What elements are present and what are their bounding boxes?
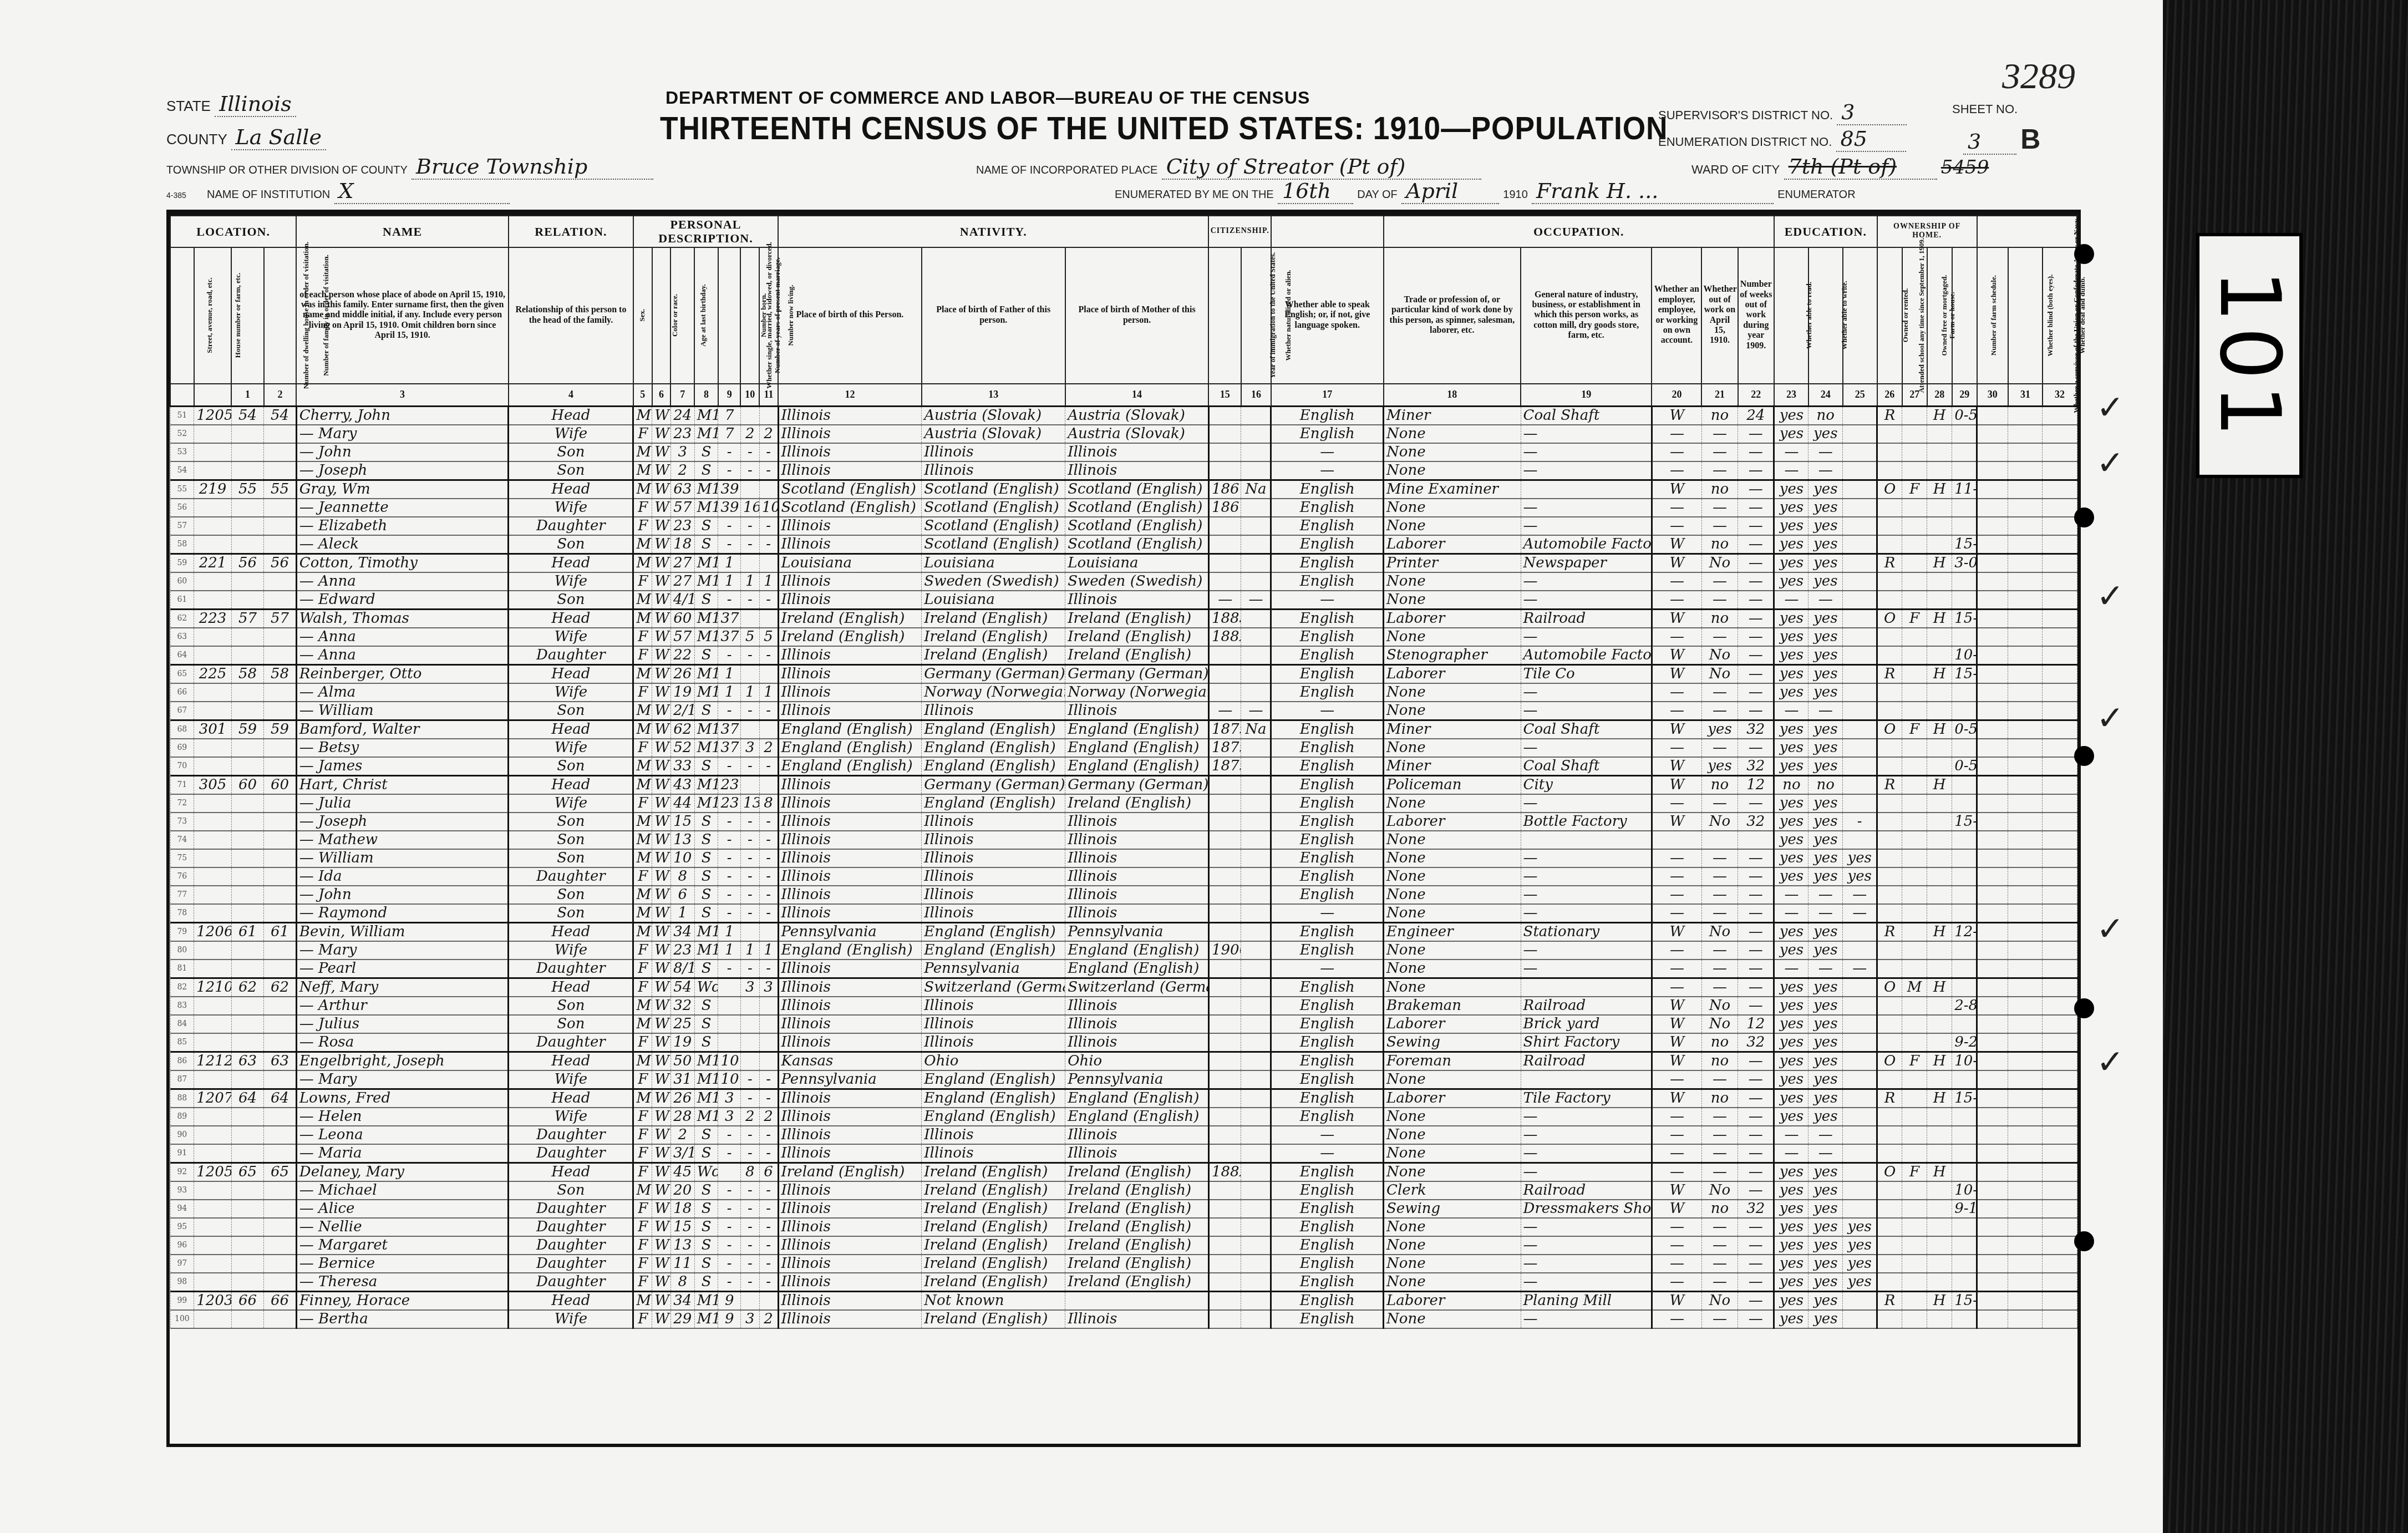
cell-farm-house: H (1927, 1052, 1952, 1070)
cell-emp: — (1652, 1144, 1701, 1163)
cell-industry: — (1521, 425, 1652, 443)
cell-yrs-married: - (718, 702, 741, 720)
sheet-label: SHEET NO. (1952, 102, 2018, 116)
cell-father-birth: England (English) (922, 1108, 1065, 1126)
cell-father-birth: Ireland (English) (922, 1200, 1065, 1218)
cell-family (264, 904, 297, 923)
cell-age: 8 (670, 1273, 694, 1292)
cell-father-birth: Ireland (English) (922, 646, 1065, 665)
cell-birth: Illinois (778, 1015, 922, 1033)
cell-weeks: — (1738, 739, 1774, 757)
cell-emp: W (1652, 535, 1701, 554)
cell-immig: 1867 (1208, 480, 1241, 499)
cell-family: 55 (264, 480, 297, 499)
cell-mother-birth: England (English) (1065, 739, 1209, 757)
cell-father-birth: Illinois (922, 1033, 1065, 1052)
cell-weeks: 32 (1738, 720, 1774, 739)
cell-out-of-work: yes (1701, 757, 1738, 776)
cell-weeks: 32 (1738, 1200, 1774, 1218)
cell-marital: M1 (694, 922, 718, 941)
cell-age: 4/12 (670, 591, 694, 610)
cell-read: yes (1774, 1015, 1808, 1033)
col-read: Whether able to read. (1774, 247, 1808, 384)
cell-vet (1977, 1273, 2008, 1292)
cell-yrs-married: - (718, 904, 741, 923)
department-heading: DEPARTMENT OF COMMERCE AND LABOR—BUREAU … (665, 88, 1310, 108)
cell-english: English (1271, 867, 1384, 886)
cell-birth: Scotland (English) (778, 480, 922, 499)
cell-born: 3 (740, 978, 759, 997)
cell-birth: Illinois (778, 1181, 922, 1200)
cell-living: 2 (759, 739, 778, 757)
cell-name: — Edward (296, 591, 509, 610)
cell-free: F (1902, 609, 1927, 628)
column-number: 21 (1701, 384, 1738, 407)
cell-marital: S (694, 702, 718, 720)
cell-read: no (1774, 775, 1808, 794)
column-number: 20 (1652, 384, 1701, 407)
cell-schedule: 15-5-1-8 (1952, 813, 1977, 831)
cell-immig (1208, 775, 1241, 794)
cell-emp: — (1652, 683, 1701, 702)
cell-out-of-work: no (1701, 1200, 1738, 1218)
cell-industry: — (1521, 591, 1652, 610)
cell-own: O (1877, 978, 1902, 997)
table-row: 683015959Bamford, WalterHeadMW62M137Engl… (170, 720, 2077, 739)
cell-yrs-married: 1 (718, 554, 741, 572)
cell-read: yes (1774, 849, 1808, 867)
cell-house (194, 1126, 232, 1144)
cell-trade: None (1384, 425, 1521, 443)
cell-free (1902, 1236, 1927, 1255)
stamp-number: 3289 (2002, 55, 2075, 98)
cell-sex: F (633, 1126, 652, 1144)
cell-english: English (1271, 849, 1384, 867)
column-number: 6 (652, 384, 671, 407)
cell-emp: — (1652, 443, 1701, 461)
cell-farm-house: H (1927, 480, 1952, 499)
cell-read: — (1774, 904, 1808, 923)
cell-marital: S (694, 813, 718, 831)
col-out-of-work: Whether out of work on April 15, 1910. (1701, 247, 1738, 384)
table-row: 74— MathewSonMW13S---IllinoisIllinoisIll… (170, 831, 2077, 849)
cell-schedule (1952, 1163, 1977, 1181)
cell-sex: F (633, 941, 652, 960)
cell-immig (1208, 461, 1241, 480)
cell-schedule (1952, 499, 1977, 517)
table-row: 592215656Cotton, TimothyHeadMW27M11Louis… (170, 554, 2077, 572)
cell-age: 23 (670, 941, 694, 960)
cell-age: 15 (670, 813, 694, 831)
cell-name: Cherry, John (296, 406, 509, 425)
cell-born: - (740, 904, 759, 923)
cell-marital: M1 (694, 425, 718, 443)
cell-immig (1208, 978, 1241, 997)
col-mother-birthplace: Place of birth of Mother of this person. (1065, 247, 1209, 384)
cell-trade: None (1384, 499, 1521, 517)
cell-emp: — (1652, 978, 1701, 997)
cell-father-birth: Germany (German) (922, 775, 1065, 794)
table-row: 8212106262Neff, MaryHeadFW54Wd33Illinois… (170, 978, 2077, 997)
cell-out-of-work: — (1701, 1070, 1738, 1089)
cell-line: 69 (170, 739, 194, 757)
cell-age: 27 (670, 554, 694, 572)
cell-father-birth: England (English) (922, 757, 1065, 776)
cell-vet (1977, 535, 2008, 554)
cell-english: — (1271, 461, 1384, 480)
cell-weeks: — (1738, 1163, 1774, 1181)
cell-birth: Illinois (778, 831, 922, 849)
cell-deaf (2043, 1181, 2077, 1200)
cell-write: yes (1808, 1181, 1843, 1200)
cell-vet (1977, 794, 2008, 813)
table-row: 96— MargaretDaughterFW13S---IllinoisIrel… (170, 1236, 2077, 1255)
cell-father-birth: England (English) (922, 941, 1065, 960)
cell-deaf (2043, 1033, 2077, 1052)
cell-industry (1521, 831, 1652, 849)
cell-deaf (2043, 849, 2077, 867)
cell-free (1902, 1015, 1927, 1033)
cell-farm-house (1927, 849, 1952, 867)
cell-english: English (1271, 646, 1384, 665)
cell-relation: Son (509, 849, 633, 867)
cell-blind (2008, 1015, 2043, 1033)
cell-own (1877, 702, 1902, 720)
cell-nat (1241, 499, 1271, 517)
cell-emp: — (1652, 904, 1701, 923)
cell-write: — (1808, 886, 1843, 904)
cell-sex: M (633, 1089, 652, 1108)
cell-dwelling: 61 (231, 922, 264, 941)
cell-race: W (652, 1163, 671, 1181)
cell-blind (2008, 794, 2043, 813)
cell-immig (1208, 683, 1241, 702)
cell-birth: Illinois (778, 461, 922, 480)
cell-industry: — (1521, 1163, 1652, 1181)
cell-mother-birth: Illinois (1065, 849, 1209, 867)
cell-trade: None (1384, 739, 1521, 757)
cell-relation: Son (509, 904, 633, 923)
cell-blind (2008, 535, 2043, 554)
cell-english: — (1271, 960, 1384, 978)
cell-relation: Head (509, 480, 633, 499)
enumeration-district-value: 85 (1836, 126, 1906, 152)
cell-father-birth: Ireland (English) (922, 1236, 1065, 1255)
cell-english: English (1271, 1108, 1384, 1126)
cell-out-of-work: — (1701, 461, 1738, 480)
cell-schedule: 15-5-5-5 (1952, 1291, 1977, 1310)
cell-own (1877, 1033, 1902, 1052)
cell-marital: S (694, 535, 718, 554)
cell-farm-house: H (1927, 775, 1952, 794)
cell-nat (1241, 572, 1271, 591)
checkmark-icon: ✓ (2096, 910, 2124, 948)
cell-immig (1208, 1108, 1241, 1126)
cell-sex: F (633, 1033, 652, 1052)
cell-read: yes (1774, 1163, 1808, 1181)
cell-industry: — (1521, 941, 1652, 960)
cell-schedule: 15-5-X-5 (1952, 609, 1977, 628)
cell-relation: Son (509, 461, 633, 480)
cell-name: — Jeannette (296, 499, 509, 517)
cell-out-of-work: — (1701, 978, 1738, 997)
column-number: 8 (694, 384, 718, 407)
cell-weeks: — (1738, 849, 1774, 867)
cell-industry: Automobile Factory (1521, 646, 1652, 665)
cell-out-of-work: — (1701, 425, 1738, 443)
cell-mother-birth: England (English) (1065, 720, 1209, 739)
column-number: 16 (1241, 384, 1271, 407)
cell-free (1902, 1273, 1927, 1292)
cell-age: 6 (670, 886, 694, 904)
group-location: LOCATION. (170, 216, 296, 247)
cell-sex: F (633, 794, 652, 813)
cell-emp: — (1652, 1126, 1701, 1144)
cell-own (1877, 1200, 1902, 1218)
cell-house: 1210 (194, 978, 232, 997)
cell-mother-birth: Illinois (1065, 702, 1209, 720)
cell-born: - (740, 1144, 759, 1163)
cell-mother-birth: England (English) (1065, 1108, 1209, 1126)
cell-sex: M (633, 997, 652, 1015)
cell-family (264, 757, 297, 776)
cell-write: yes (1808, 535, 1843, 554)
cell-born (740, 1015, 759, 1033)
column-number: 15 (1208, 384, 1241, 407)
cell-race: W (652, 628, 671, 646)
cell-weeks: — (1738, 572, 1774, 591)
table-row: 97— BerniceDaughterFW11S---IllinoisIrela… (170, 1255, 2077, 1273)
cell-family (264, 628, 297, 646)
cell-school: yes (1843, 1218, 1877, 1236)
cell-birth: Pennsylvania (778, 1070, 922, 1089)
cell-read: yes (1774, 1236, 1808, 1255)
cell-name: Cotton, Timothy (296, 554, 509, 572)
cell-dwelling (231, 1126, 264, 1144)
cell-name: — Bernice (296, 1255, 509, 1273)
cell-family: 64 (264, 1089, 297, 1108)
cell-out-of-work: — (1701, 904, 1738, 923)
cell-house (194, 443, 232, 461)
cell-race: W (652, 572, 671, 591)
cell-age: 13 (670, 1236, 694, 1255)
cell-dwelling (231, 628, 264, 646)
cell-schedule: 0-5-0-1 (1952, 720, 1977, 739)
cell-free (1902, 702, 1927, 720)
punch-hole (2074, 244, 2094, 264)
checkmark-icon: ✓ (2096, 699, 2124, 738)
cell-immig (1208, 904, 1241, 923)
cell-name: — Theresa (296, 1273, 509, 1292)
cell-immig (1208, 554, 1241, 572)
cell-schedule: 10-7-X-5 (1952, 1181, 1977, 1200)
cell-nat (1241, 1218, 1271, 1236)
cell-living: - (759, 1144, 778, 1163)
cell-line: 55 (170, 480, 194, 499)
cell-house: 1207 (194, 1089, 232, 1108)
cell-sex: M (633, 775, 652, 794)
cell-own (1877, 461, 1902, 480)
cell-free (1902, 461, 1927, 480)
cell-weeks: — (1738, 1310, 1774, 1328)
cell-nat (1241, 443, 1271, 461)
cell-out-of-work: No (1701, 1015, 1738, 1033)
cell-mother-birth: Illinois (1065, 1126, 1209, 1144)
cell-industry: Coal Shaft (1521, 757, 1652, 776)
cell-trade: Laborer (1384, 664, 1521, 683)
cell-free (1902, 683, 1927, 702)
cell-sex: F (633, 1273, 652, 1292)
ward-field: WARD OF CITY 7th (Pt of) 5459 (1691, 154, 1989, 180)
cell-vet (1977, 1126, 2008, 1144)
cell-weeks: — (1738, 1144, 1774, 1163)
cell-mother-birth: Illinois (1065, 813, 1209, 831)
cell-emp: — (1652, 572, 1701, 591)
cell-out-of-work: — (1701, 941, 1738, 960)
cell-age: 62 (670, 720, 694, 739)
cell-living (759, 1033, 778, 1052)
cell-race: W (652, 664, 671, 683)
cell-house (194, 1218, 232, 1236)
cell-sex: F (633, 739, 652, 757)
cell-yrs-married: - (718, 1218, 741, 1236)
col-children-born: Number born. (740, 247, 759, 384)
cell-read: yes (1774, 406, 1808, 425)
cell-dwelling (231, 886, 264, 904)
cell-father-birth: Ireland (English) (922, 1273, 1065, 1292)
cell-blind (2008, 443, 2043, 461)
cell-blind (2008, 554, 2043, 572)
cell-mother-birth: Ireland (English) (1065, 609, 1209, 628)
cell-english: English (1271, 535, 1384, 554)
cell-living: - (759, 591, 778, 610)
cell-schedule: 3-0-7-7 (1952, 554, 1977, 572)
cell-mother-birth: Scotland (English) (1065, 535, 1209, 554)
cell-relation: Wife (509, 1310, 633, 1328)
cell-father-birth: Illinois (922, 1126, 1065, 1144)
cell-industry: — (1521, 739, 1652, 757)
table-row: 90— LeonaDaughterFW2S---IllinoisIllinois… (170, 1126, 2077, 1144)
cell-sex: F (633, 1070, 652, 1089)
cell-immig: — (1208, 591, 1241, 610)
cell-free: F (1902, 1052, 1927, 1070)
cell-marital: S (694, 1015, 718, 1033)
cell-out-of-work: no (1701, 609, 1738, 628)
cell-english: English (1271, 775, 1384, 794)
cell-farm-house (1927, 1218, 1952, 1236)
cell-living: 1 (759, 941, 778, 960)
cell-living: - (759, 867, 778, 886)
cell-vet (1977, 1015, 2008, 1033)
county-field: COUNTY La Salle (166, 125, 326, 150)
cell-age: 34 (670, 922, 694, 941)
cell-weeks: — (1738, 867, 1774, 886)
cell-living: - (759, 831, 778, 849)
cell-family: 66 (264, 1291, 297, 1310)
cell-industry: — (1521, 461, 1652, 480)
cell-line: 70 (170, 757, 194, 776)
cell-living: - (759, 443, 778, 461)
cell-dwelling: 55 (231, 480, 264, 499)
table-row: 94— AliceDaughterFW18S---IllinoisIreland… (170, 1200, 2077, 1218)
punch-hole (2074, 1231, 2094, 1251)
cell-free (1902, 1033, 1927, 1052)
cell-free (1902, 1144, 1927, 1163)
cell-deaf (2043, 997, 2077, 1015)
cell-vet (1977, 960, 2008, 978)
cell-english: English (1271, 1255, 1384, 1273)
cell-line: 77 (170, 886, 194, 904)
cell-yrs-married: - (718, 461, 741, 480)
cell-born: - (740, 461, 759, 480)
cell-blind (2008, 683, 2043, 702)
cell-line: 61 (170, 591, 194, 610)
cell-race: W (652, 794, 671, 813)
supervisor-district-field: SUPERVISOR'S DISTRICT NO. 3 (1658, 100, 1907, 125)
state-field: STATE Illinois (166, 92, 296, 117)
cell-trade: Miner (1384, 720, 1521, 739)
cell-born: - (740, 1089, 759, 1108)
cell-father-birth: Germany (German) (922, 664, 1065, 683)
cell-blind (2008, 1291, 2043, 1310)
cell-emp: W (1652, 720, 1701, 739)
cell-relation: Daughter (509, 1218, 633, 1236)
cell-age: 15 (670, 1218, 694, 1236)
cell-yrs-married: - (718, 849, 741, 867)
table-row: 75— WilliamSonMW10S---IllinoisIllinoisIl… (170, 849, 2077, 867)
cell-birth: Illinois (778, 1236, 922, 1255)
cell-schedule (1952, 941, 1977, 960)
cell-industry: — (1521, 628, 1652, 646)
cell-yrs-married: - (718, 535, 741, 554)
state-value: Illinois (215, 92, 296, 117)
cell-father-birth: England (English) (922, 922, 1065, 941)
cell-emp: W (1652, 997, 1701, 1015)
cell-father-birth: Illinois (922, 1144, 1065, 1163)
cell-sex: M (633, 886, 652, 904)
cell-schedule (1952, 591, 1977, 610)
cell-free (1902, 1089, 1927, 1108)
cell-sex: M (633, 720, 652, 739)
cell-dwelling (231, 813, 264, 831)
cell-family: 54 (264, 406, 297, 425)
cell-trade: None (1384, 1273, 1521, 1292)
cell-dwelling: 56 (231, 554, 264, 572)
cell-english: English (1271, 406, 1384, 425)
cell-blind (2008, 813, 2043, 831)
cell-father-birth: Illinois (922, 702, 1065, 720)
cell-race: W (652, 1236, 671, 1255)
cell-vet (1977, 997, 2008, 1015)
cell-name: — Julius (296, 1015, 509, 1033)
cell-born (740, 1033, 759, 1052)
cell-birth: Illinois (778, 683, 922, 702)
cell-weeks: — (1738, 535, 1774, 554)
cell-line: 92 (170, 1163, 194, 1181)
cell-relation: Wife (509, 794, 633, 813)
cell-sex: F (633, 1163, 652, 1181)
cell-name: — Alma (296, 683, 509, 702)
cell-schedule (1952, 1218, 1977, 1236)
cell-house (194, 1108, 232, 1126)
cell-out-of-work: no (1701, 775, 1738, 794)
cell-house (194, 646, 232, 665)
cell-living: 5 (759, 628, 778, 646)
cell-race: W (652, 831, 671, 849)
cell-marital: S (694, 443, 718, 461)
cell-farm-house: H (1927, 554, 1952, 572)
cell-living: - (759, 461, 778, 480)
